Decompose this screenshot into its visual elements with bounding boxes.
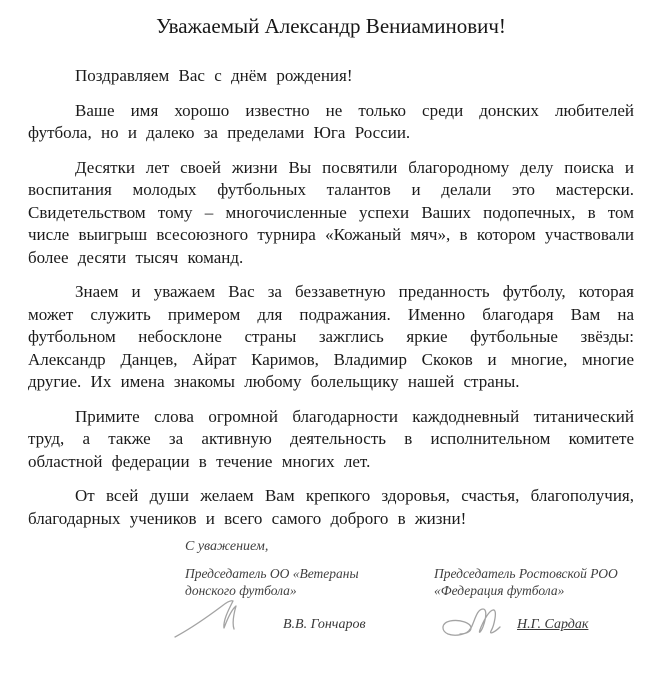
letter-body: Поздравляем Вас с днём рождения! Ваше им… [0,65,662,533]
right-signer-name: Н.Г. Сардак [517,616,588,633]
paragraph-career: Десятки лет своей жизни Вы посвятили бла… [28,157,634,270]
paragraph-gratitude: Примите слова огромной благодарности каж… [28,406,634,474]
left-signer-name: В.В. Гончаров [283,616,366,633]
paragraph-wishes: От всей души желаем Вам крепкого здоровь… [28,485,634,530]
closing-block: С уважением, Председатель ОО «Ветераны д… [0,532,662,686]
letter-page: Уважаемый Александр Вениаминович! Поздра… [0,0,662,686]
paragraph-greeting: Поздравляем Вас с днём рождения! [28,65,634,88]
closing-salutation: С уважением, [185,538,268,555]
paragraph-fame: Ваше имя хорошо известно не только среди… [28,100,634,145]
left-signature-icon [172,598,264,644]
right-signer-title: Председатель Ростовской РОО «Федерация ф… [434,565,649,599]
paragraph-stars: Знаем и уважаем Вас за беззаветную преда… [28,281,634,394]
right-signature-icon [438,604,510,644]
left-signer-title: Председатель ОО «Ветераны донского футбо… [185,565,390,599]
letter-title: Уважаемый Александр Вениаминович! [0,0,662,40]
